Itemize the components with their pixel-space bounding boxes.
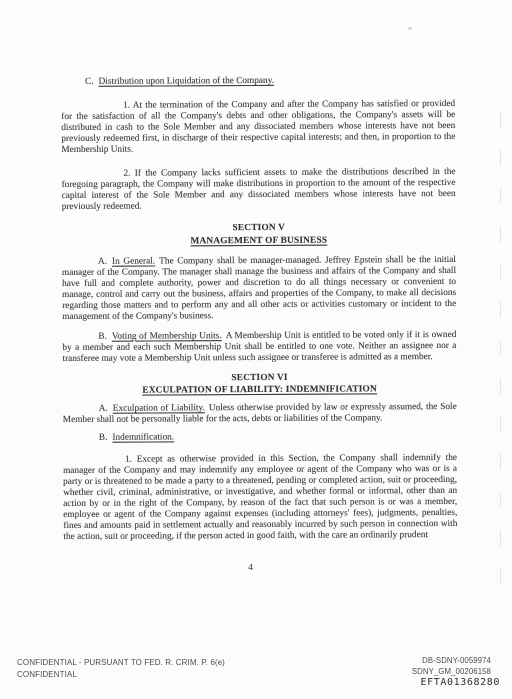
section-v-subtitle: MANAGEMENT OF BUSINESS: [62, 233, 456, 247]
item-letter-a: A.: [98, 256, 107, 266]
bates-number-2: SDNY_GM_00206158: [412, 666, 491, 677]
page-number: 4: [64, 562, 458, 575]
heading-letter-c: C.: [85, 77, 94, 87]
item-letter-a2: A.: [99, 404, 108, 414]
confidential-stamp: CONFIDENTIAL - PURSUANT TO FED. R. CRIM.…: [17, 657, 225, 680]
scanned-document-page: C.Distribution upon Liquidation of the C…: [0, 0, 512, 699]
bates-numbers: DB-SDNY-0059974 SDNY_GM_00206158 EFTA013…: [412, 655, 491, 688]
confidential-line-2: CONFIDENTIAL: [17, 669, 225, 681]
section-v-heading: SECTION V MANAGEMENT OF BUSINESS: [62, 222, 456, 248]
heading-indemnification: B.Indemnification.: [63, 431, 457, 444]
paragraph-liquidation-2: 2. If the Company lacks sufficient asset…: [61, 167, 455, 213]
efta-stamp: EFTA01368280: [412, 677, 500, 688]
paragraph-exculpation: A.Exculpation of Liability.Unless otherw…: [63, 402, 457, 426]
scan-speck-artifact: [408, 27, 412, 30]
item-heading-indemnification: Indemnification.: [112, 432, 174, 442]
paragraph-in-general: A.In General.The Company shall be manage…: [62, 254, 456, 322]
paragraph-voting-membership-units: B.Voting of Membership Units.A Membershi…: [62, 329, 456, 364]
document-body: C.Distribution upon Liquidation of the C…: [61, 75, 458, 575]
heading-distribution-upon-liquidation: C.Distribution upon Liquidation of the C…: [61, 75, 455, 88]
item-letter-b: B.: [98, 331, 107, 341]
scan-edge-line-artifact: [500, 112, 501, 604]
item-heading-exculpation: Exculpation of Liability.: [113, 403, 205, 413]
section-vi-subtitle: EXCULPATION OF LIABILITY: INDEMNIFICATIO…: [63, 383, 457, 397]
paragraph-liquidation-1: 1. At the termination of the Company and…: [61, 99, 455, 156]
bates-number-1: DB-SDNY-0059974: [412, 655, 491, 666]
heading-title-text: Distribution upon Liquidation of the Com…: [99, 76, 275, 87]
confidential-line-1: CONFIDENTIAL - PURSUANT TO FED. R. CRIM.…: [17, 657, 225, 669]
item-heading-voting: Voting of Membership Units.: [112, 331, 222, 342]
item-heading-in-general: In General.: [112, 256, 155, 266]
paragraph-indemnification-1: 1. Except as otherwise provided in this …: [63, 453, 457, 543]
section-vi-heading: SECTION VI EXCULPATION OF LIABILITY: IND…: [63, 371, 457, 397]
item-letter-b2: B.: [99, 433, 108, 443]
